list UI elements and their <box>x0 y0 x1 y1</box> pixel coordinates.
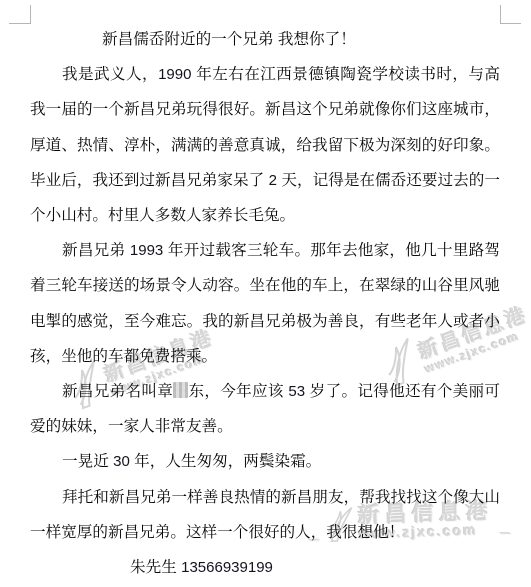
document-body: 我是武义人，1990 年左右在江西景德镇陶瓷学校读书时，与高我一届的一个新昌兄弟… <box>30 57 500 550</box>
number-text: 1993 <box>130 242 163 259</box>
signature-line: 朱先生 13566939199 <box>30 550 500 585</box>
paragraph: 我是武义人，1990 年左右在江西景德镇陶瓷学校读书时，与高我一届的一个新昌兄弟… <box>30 57 500 233</box>
paragraph: 新昌兄弟 1993 年开过载客三轮车。那年去他家，他几十里路驾着三轮车接送的场景… <box>30 233 500 374</box>
number-text: 30 <box>113 453 130 470</box>
number-text: 1990 <box>158 66 191 83</box>
word-document-page: 新昌信息港 www.zjxc.com 新昌信息港 www.zjxc.com _ … <box>0 0 531 587</box>
margin-mark-top-left-horizontal <box>9 23 31 24</box>
number-text: 2 <box>269 172 277 189</box>
paragraph: 新昌兄弟名叫章东，今年应该 53 岁了。记得他还有个美丽可爱的妹妹，一家人非常友… <box>30 374 500 444</box>
margin-mark-top-right-horizontal <box>500 23 521 24</box>
paragraph: 拜托和新昌兄弟一样善良热情的新昌朋友，帮我找找这个像大山一样宽厚的新昌兄弟。这样… <box>30 480 500 550</box>
document-title: 新昌儒岙附近的一个兄弟 我想你了！ <box>30 22 500 57</box>
censored-character <box>173 382 188 398</box>
paragraph: 一晃近 30 年，人生匆匆，两鬓染霜。 <box>30 444 500 479</box>
margin-mark-top-left-vertical <box>30 5 31 23</box>
margin-mark-top-right-vertical <box>500 5 501 23</box>
number-text: 53 <box>288 383 305 400</box>
number-text: 13566939199 <box>181 559 273 576</box>
document-content: 新昌儒岙附近的一个兄弟 我想你了！ 我是武义人，1990 年左右在江西景德镇陶瓷… <box>30 22 500 585</box>
